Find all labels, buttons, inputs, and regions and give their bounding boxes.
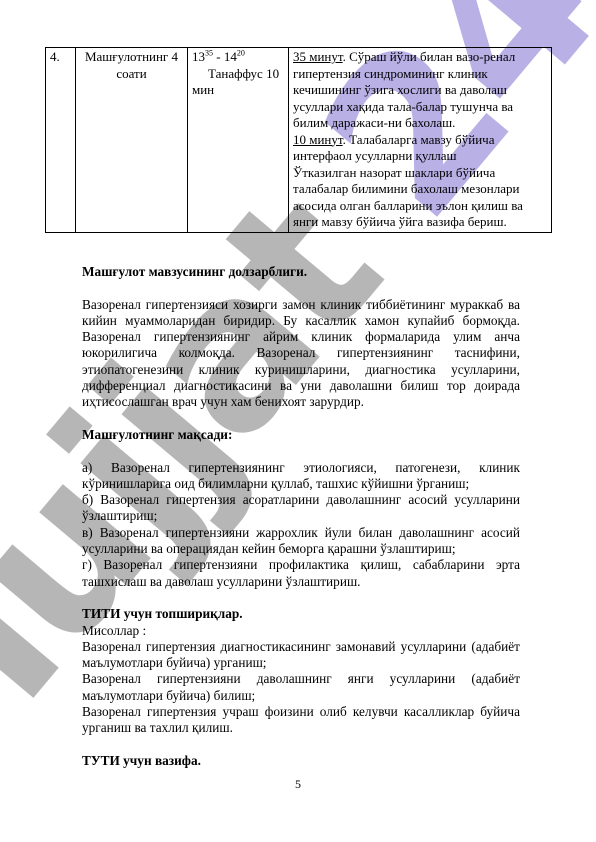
desc-block-2: 10 минут. Талабаларга мавзу бўйича интер… xyxy=(293,132,547,165)
desc-duration-1: 35 минут xyxy=(293,49,343,64)
paragraph-relevance: Вазоренал гипертензияси хозирги замон кл… xyxy=(82,297,520,411)
spacer xyxy=(82,280,520,296)
objective-item-v: в) Вазоренал гипертензияни жаррохлик йул… xyxy=(82,525,520,558)
examples-label: Мисоллар : xyxy=(82,623,520,639)
objective-item-g: г) Вазоренал гипертензияни профилактика … xyxy=(82,557,520,590)
schedule-table: 4. Машғулотнинг 4 соати 1335 - 1420 Тана… xyxy=(45,47,552,233)
desc-duration-2: 10 минут xyxy=(293,132,343,147)
description-cell: 35 минут. Сўраш йўли билан вазо-ренал ги… xyxy=(289,48,552,233)
session-line2: соати xyxy=(80,66,183,83)
time-cell: 1335 - 1420 Танаффус 10 мин xyxy=(188,48,289,233)
spacer xyxy=(82,411,520,427)
session-cell: Машғулотнинг 4 соати xyxy=(76,48,188,233)
spacer xyxy=(82,590,520,606)
session-line1: Машғулотнинг 4 xyxy=(80,49,183,66)
example-item-3: Вазоренал гипертензия учраш фоизини олиб… xyxy=(82,704,520,737)
row-number-cell: 4. xyxy=(46,48,76,233)
document-body: Машғулот мавзусининг долзарблиги. Вазоре… xyxy=(82,264,520,769)
objective-item-a: а) Вазоренал гипертензиянинг этиологияси… xyxy=(82,460,520,493)
break-line1: Танаффус 10 xyxy=(192,66,284,83)
example-item-2: Вазоренал гипертензияни даволашнинг янги… xyxy=(82,671,520,704)
row-number: 4. xyxy=(50,49,60,64)
objective-item-b: б) Вазоренал гипертензия асоратларини да… xyxy=(82,492,520,525)
document-page: { "watermark": { "part1": "Hujjat", "par… xyxy=(0,0,596,842)
example-item-1: Вазоренал гипертензия диагностикасининг … xyxy=(82,639,520,672)
time-superscript-start: 35 xyxy=(205,49,213,58)
table-row: 4. Машғулотнинг 4 соати 1335 - 1420 Тана… xyxy=(46,48,552,233)
section-heading-relevance: Машғулот мавзусининг долзарблиги. xyxy=(82,264,520,280)
time-superscript-end: 20 xyxy=(237,49,245,58)
spacer xyxy=(82,443,520,459)
section-heading-objective: Машғулотнинг мақсади: xyxy=(82,427,520,443)
section-heading-titi-tasks: ТИТИ учун топшириқлар. xyxy=(82,606,520,622)
desc-block-3: Ўтказилган назорат шаклари бўйича талаба… xyxy=(293,165,547,231)
break-line2: мин xyxy=(192,82,284,99)
section-heading-tuti-task: ТУТИ учун вазифа. xyxy=(82,753,520,769)
page-number: 5 xyxy=(0,777,596,792)
spacer xyxy=(82,737,520,753)
desc-block-1: 35 минут. Сўраш йўли билан вазо-ренал ги… xyxy=(293,49,547,132)
time-range: 1335 - 1420 xyxy=(192,49,284,66)
